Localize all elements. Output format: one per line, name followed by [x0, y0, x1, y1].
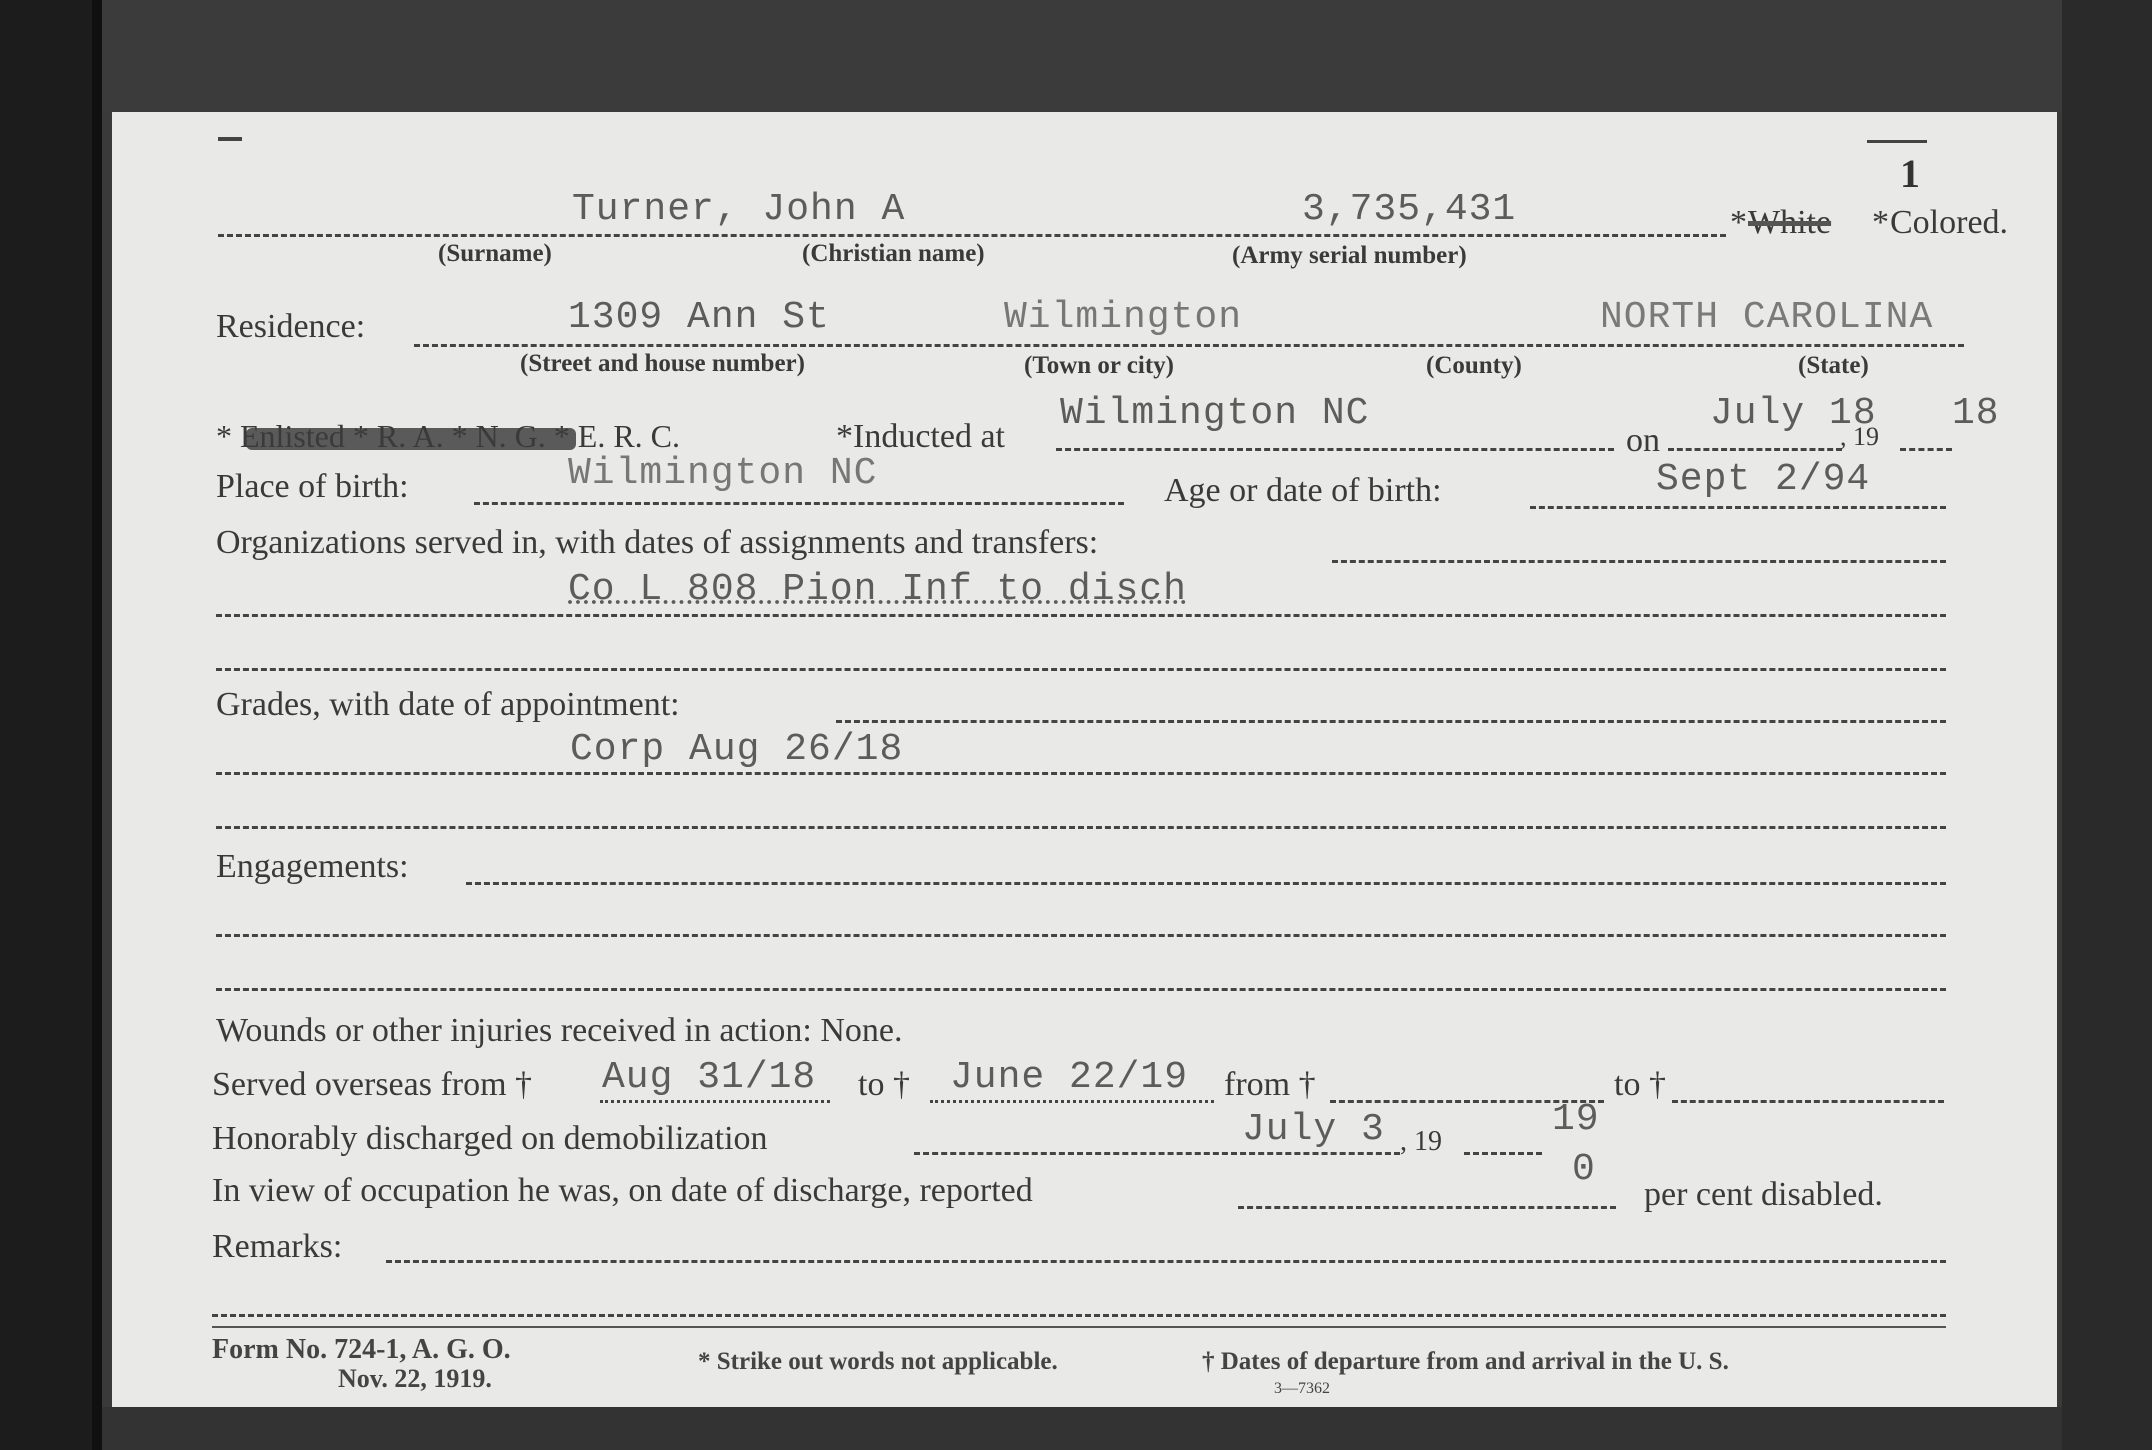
residence-state: NORTH CAROLINA — [1600, 296, 1933, 339]
disability-value: 0 — [1572, 1148, 1596, 1191]
discharge-date-line — [914, 1152, 1400, 1155]
inducted-date-line — [1668, 448, 1842, 451]
strike-out-note: * Strike out words not applicable. — [698, 1348, 1058, 1376]
race-colored: Colored. — [1890, 204, 2008, 242]
discharge-year-prefix: , 19 — [1400, 1126, 1442, 1158]
print-code: 3—7362 — [1274, 1380, 1330, 1398]
grades-entry: Corp Aug 26/18 — [570, 728, 903, 771]
remarks-line-1 — [212, 1314, 1946, 1317]
corner-tick-mark — [218, 137, 242, 141]
name-line — [218, 234, 1726, 237]
service-record-card: 1 Turner, John A 3,735,431 * White * Col… — [112, 112, 2057, 1407]
card-number: 1 — [1900, 150, 1920, 197]
christian-name-caption: (Christian name) — [802, 240, 985, 268]
overseas-to2-label: to † — [1614, 1066, 1666, 1104]
place-of-birth-label: Place of birth: — [216, 468, 409, 506]
state-caption: (State) — [1798, 352, 1869, 380]
engagements-line-0 — [466, 882, 1946, 885]
grades-label: Grades, with date of appointment: — [216, 686, 680, 724]
grades-line-2 — [216, 826, 1946, 829]
dagger-note: † Dates of departure from and arrival in… — [1202, 1348, 1729, 1376]
form-number: Form No. 724-1, A. G. O. — [212, 1334, 511, 1366]
scanner-bottom-border — [102, 1407, 2062, 1450]
remarks-line-0 — [386, 1260, 1946, 1263]
organizations-label: Organizations served in, with dates of a… — [216, 524, 1098, 562]
overseas-label: Served overseas from † — [212, 1066, 532, 1104]
place-of-birth-value: Wilmington NC — [568, 452, 877, 495]
organizations-line-1 — [216, 614, 1946, 617]
date-of-birth-line — [1530, 506, 1946, 509]
date-of-birth-label: Age or date of birth: — [1164, 472, 1442, 510]
strikeout-scribble — [246, 428, 576, 450]
residence-line — [414, 344, 1964, 347]
race-asterisk-white: * — [1730, 204, 1747, 242]
form-date: Nov. 22, 1919. — [338, 1364, 492, 1394]
engagements-line-1 — [216, 934, 1946, 937]
scanner-left-border — [0, 0, 92, 1450]
overseas-to2-line — [1672, 1100, 1944, 1103]
inducted-year: 18 — [1952, 392, 2000, 435]
place-of-birth-line — [474, 502, 1124, 505]
disability-suffix: per cent disabled. — [1644, 1176, 1883, 1214]
engagements-label: Engagements: — [216, 848, 409, 886]
engagements-line-2 — [216, 988, 1946, 991]
inducted-year-prefix: , 19 — [1840, 422, 1879, 452]
footer-rule — [212, 1326, 1946, 1328]
discharge-date: July 3 — [1242, 1108, 1385, 1151]
residence-label: Residence: — [216, 308, 365, 346]
discharge-year-line — [1464, 1152, 1542, 1155]
inducted-at-place: Wilmington NC — [1060, 392, 1369, 435]
remarks-label: Remarks: — [212, 1228, 342, 1266]
date-of-birth-value: Sept 2/94 — [1656, 458, 1870, 501]
overseas-arrival-line — [930, 1100, 1214, 1103]
race-white-struck: White — [1748, 204, 1831, 242]
inducted-at-line — [1056, 448, 1614, 451]
grades-line-0 — [836, 720, 1946, 723]
inducted-year-line — [1900, 448, 1952, 451]
scanner-right-border — [2062, 0, 2152, 1450]
overseas-to-label: to † — [858, 1066, 910, 1104]
disability-label: In view of occupation he was, on date of… — [212, 1172, 1033, 1210]
wounds-label: Wounds or other injuries received in act… — [216, 1012, 903, 1050]
serial-caption: (Army serial number) — [1232, 242, 1467, 270]
discharge-label: Honorably discharged on demobilization — [212, 1120, 768, 1158]
card-number-rule — [1867, 140, 1927, 143]
serial-value: 3,735,431 — [1302, 188, 1516, 231]
scanner-left-edge — [92, 0, 102, 1450]
inducted-at-label: *Inducted at — [836, 418, 1005, 456]
organizations-line-2 — [216, 668, 1946, 671]
overseas-departure-date: Aug 31/18 — [602, 1056, 816, 1099]
grades-line-1 — [216, 772, 1946, 775]
street-caption: (Street and house number) — [520, 350, 805, 378]
organizations-line-0 — [1332, 560, 1946, 563]
overseas-arrival-date: June 22/19 — [950, 1056, 1188, 1099]
discharge-year: 19 — [1552, 1098, 1600, 1141]
inducted-on-label: on — [1626, 422, 1660, 460]
county-caption: (County) — [1426, 352, 1522, 380]
scanner-top-border — [102, 0, 2087, 112]
overseas-departure-line — [600, 1100, 830, 1103]
residence-town: Wilmington — [1004, 296, 1242, 339]
organizations-entry: Co L 808 Pion Inf to disch — [568, 568, 1187, 611]
overseas-from2-label: from † — [1224, 1066, 1316, 1104]
race-asterisk-colored: * — [1872, 204, 1889, 242]
disability-line — [1238, 1206, 1616, 1209]
town-caption: (Town or city) — [1024, 352, 1174, 380]
name-value: Turner, John A — [572, 188, 905, 231]
residence-street: 1309 Ann St — [568, 296, 830, 339]
surname-caption: (Surname) — [438, 240, 552, 268]
